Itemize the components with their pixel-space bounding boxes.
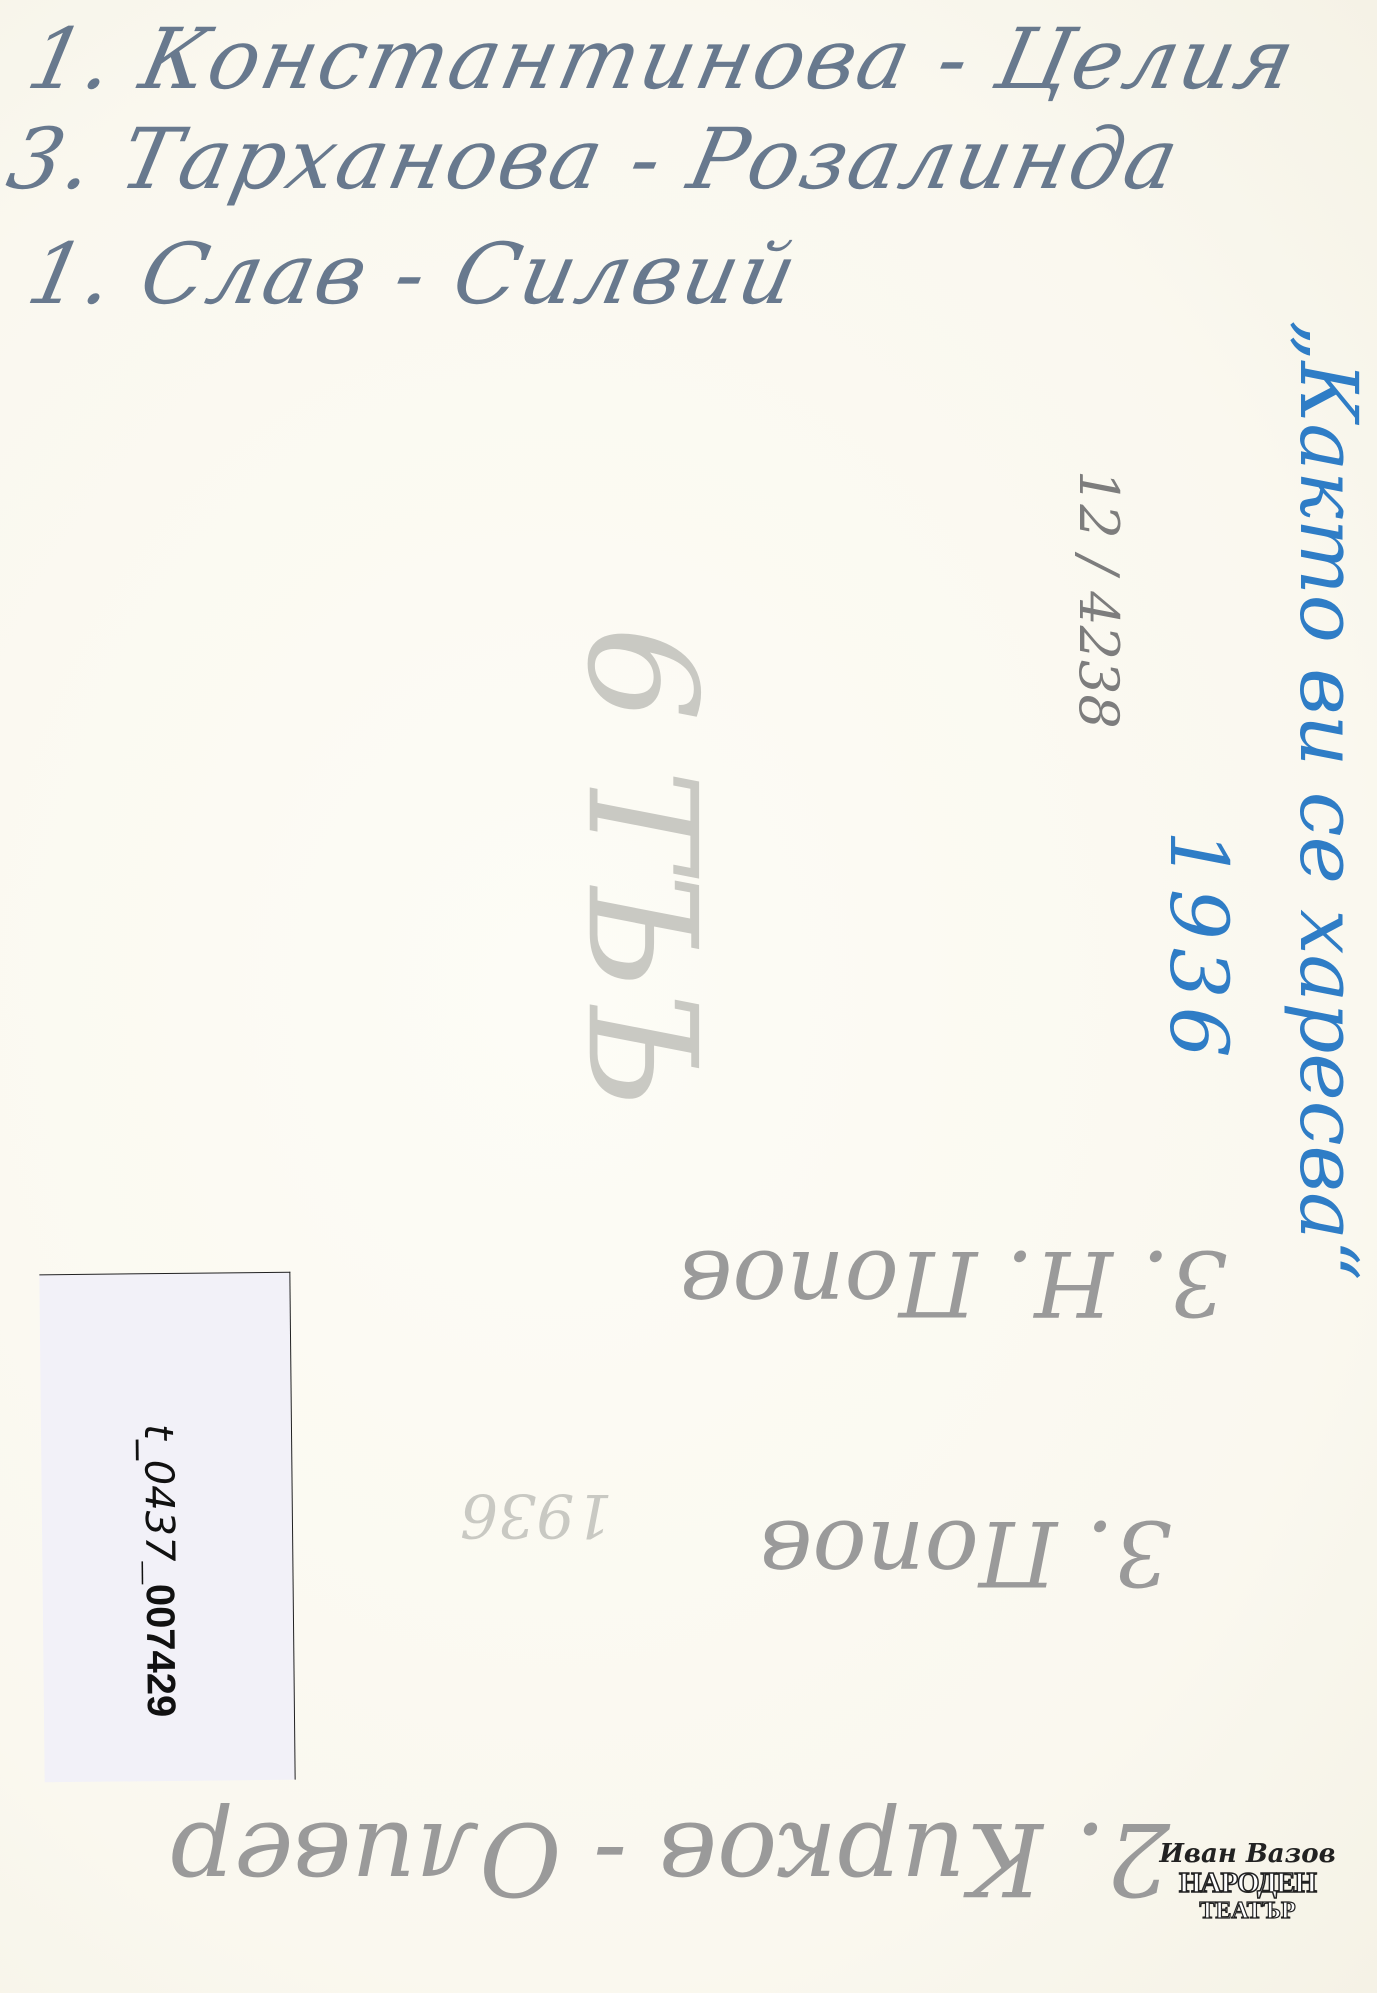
inventory-denominator: 4238 — [1067, 591, 1130, 728]
logo-line1: НАРОДЕН — [1155, 1868, 1340, 1898]
cast-line-3: 1. Слав - Силвий — [20, 225, 807, 323]
upside-note-1: 3. Н. Попов — [680, 1230, 1227, 1335]
archive-id-printed: _007429 — [137, 1561, 183, 1717]
archive-id: t_0437_007429 — [135, 1424, 184, 1718]
upside-note-2: 3. Попов — [760, 1500, 1172, 1605]
upside-note-year: 1936 — [460, 1480, 613, 1550]
play-title: „Както ви се харесва“ — [1282, 320, 1375, 1281]
cast-line-1: 1. Константинова - Целия — [20, 10, 1305, 108]
play-year: 1936 — [1152, 830, 1245, 1066]
logo-line2: ТЕАТЪР — [1155, 1898, 1340, 1924]
upside-note-3: 2. Кирков - Оливер — [170, 1800, 1170, 1917]
photo-back-page: 1. Константинова - Целия 3. Тарханова - … — [0, 0, 1377, 1993]
logo-script: Иван Вазов — [1155, 1840, 1340, 1868]
inventory-numerator: 12 — [1067, 470, 1130, 539]
inventory-number: 12 / 4238 — [1067, 470, 1130, 729]
national-theatre-logo: Иван Вазов НАРОДЕН ТЕАТЪР — [1155, 1840, 1340, 1924]
inventory-slash: / — [1067, 556, 1130, 591]
cast-line-2: 3. Тарханова - Розалинда — [0, 110, 1188, 208]
faint-pencil-note: 6 ТЪЪ — [554, 626, 728, 1108]
archive-label: t_0437_007429 — [39, 1272, 295, 1783]
archive-id-handwritten: t_0437 — [135, 1424, 182, 1562]
